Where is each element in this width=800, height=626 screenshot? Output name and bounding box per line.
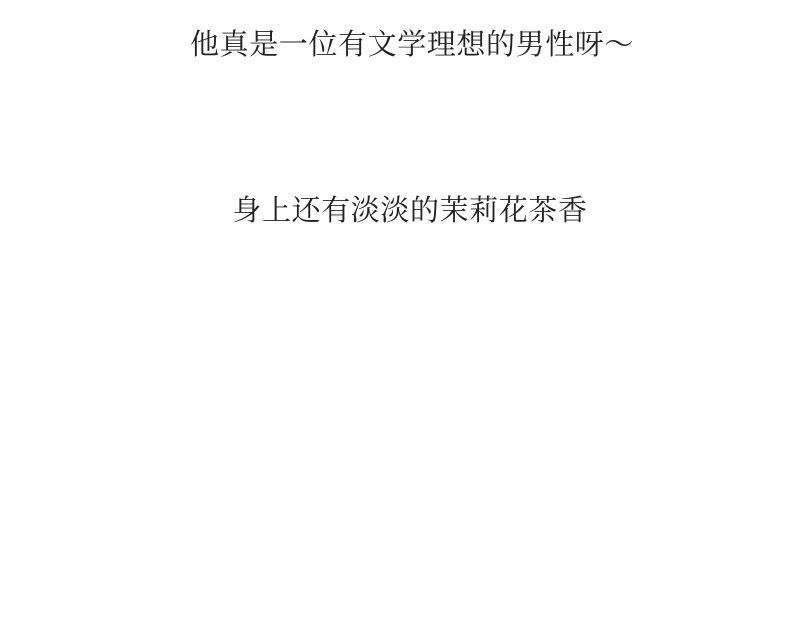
comic-text-page: 他真是一位有文学理想的男性呀～ 身上还有淡淡的茉莉花茶香	[0, 0, 800, 626]
caption-line-1: 他真是一位有文学理想的男性呀～	[190, 27, 634, 63]
caption-line-2: 身上还有淡淡的茉莉花茶香	[232, 193, 587, 229]
